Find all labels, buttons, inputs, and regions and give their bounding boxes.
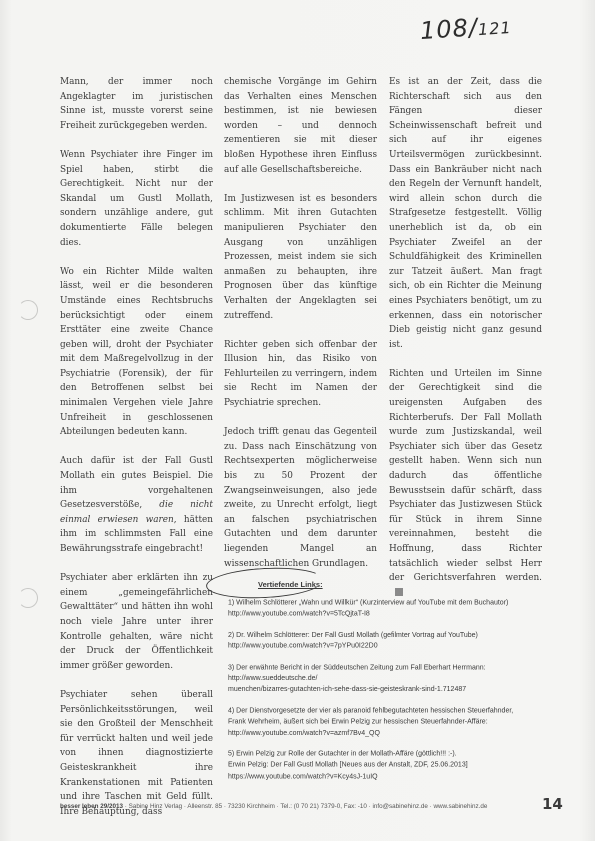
link-url-continuation[interactable]: muenchen/bizarres-gutachten-ich-sehe-das… bbox=[228, 685, 568, 696]
link-description: Frank Wehrheim, äußert sich bei Erwin Pe… bbox=[228, 717, 568, 728]
publisher-details: · Sabine Hinz Verlag · Alleenstr. 85 · 7… bbox=[123, 803, 487, 810]
link-item: 1) Wilhelm Schlötterer „Wahn und Willkür… bbox=[228, 598, 568, 620]
link-item: 4) Der Dienstvorgesetzte der vier als pa… bbox=[228, 706, 568, 740]
link-description: 5) Erwin Pelzig zur Rolle der Gutachter … bbox=[228, 749, 568, 760]
page-number: 14 bbox=[542, 795, 563, 813]
page-footer: besser leben 29/2013 · Sabine Hinz Verla… bbox=[60, 803, 560, 810]
handwritten-main: 108/ bbox=[419, 13, 479, 45]
paragraph: Richter geben sich offenbar der Illusion… bbox=[224, 338, 377, 411]
paragraph: Es ist an der Zeit, dass die Richterscha… bbox=[389, 75, 542, 352]
link-description: 2) Dr. Wilhelm Schlötterer: Der Fall Gus… bbox=[228, 630, 568, 641]
paragraph: Wenn Psychiater ihre Finger im Spiel hab… bbox=[60, 148, 213, 250]
article-column-2: chemische Vorgänge im Gehirn das Verhalt… bbox=[224, 75, 377, 586]
paragraph: Mann, der immer noch Angeklagter im juri… bbox=[60, 75, 213, 133]
link-description: 1) Wilhelm Schlötterer „Wahn und Willkür… bbox=[228, 598, 568, 609]
link-item: 3) Der erwähnte Bericht in der Süddeutsc… bbox=[228, 662, 568, 696]
links-heading: Vertiefende Links: bbox=[258, 580, 323, 589]
paragraph: Auch dafür ist der Fall Gustl Mollath ei… bbox=[60, 454, 213, 556]
article-column-3: Es ist an der Zeit, dass die Richterscha… bbox=[389, 75, 542, 615]
links-list: 1) Wilhelm Schlötterer „Wahn und Willkür… bbox=[228, 598, 568, 793]
punch-hole-mark bbox=[18, 300, 38, 320]
link-item: 5) Erwin Pelzig zur Rolle der Gutachter … bbox=[228, 749, 568, 783]
link-url[interactable]: http://www.youtube.com/watch?v=7pYPu0I22… bbox=[228, 641, 568, 652]
link-url[interactable]: https://www.youtube.com/watch?v=Kcy4sJ-1… bbox=[228, 772, 568, 783]
link-description: Erwin Pelzig: Der Fall Gustl Mollath [Ne… bbox=[228, 761, 568, 772]
paragraph: Jedoch trifft genau das Gegenteil zu. Da… bbox=[224, 425, 377, 571]
link-description: 3) Der erwähnte Bericht in der Süddeutsc… bbox=[228, 662, 568, 673]
punch-hole-mark bbox=[18, 588, 38, 608]
article-column-1: Mann, der immer noch Angeklagter im juri… bbox=[60, 75, 213, 834]
paragraph: Richten und Urteilen im Sinne der Gerech… bbox=[389, 367, 542, 601]
end-of-article-mark-icon bbox=[395, 588, 403, 596]
link-item: 2) Dr. Wilhelm Schlötterer: Der Fall Gus… bbox=[228, 630, 568, 652]
link-url[interactable]: http://www.youtube.com/watch?v=azmf7Bv4_… bbox=[228, 728, 568, 739]
link-url[interactable]: http://www.sueddeutsche.de/ bbox=[228, 674, 568, 685]
paragraph: Im Justizwesen ist es besonders schlimm.… bbox=[224, 192, 377, 323]
paragraph: Psychiater sehen überall Persönlichkeits… bbox=[60, 688, 213, 819]
handwritten-sub: 121 bbox=[477, 18, 512, 39]
magazine-issue: besser leben 29/2013 bbox=[60, 803, 123, 810]
paragraph: Psychiater aber erklärten ihn zu einem „… bbox=[60, 571, 213, 673]
paragraph-text: Richten und Urteilen im Sinne der Gerech… bbox=[389, 369, 542, 583]
link-description: 4) Der Dienstvorgesetzte der vier als pa… bbox=[228, 706, 568, 717]
paragraph: Wo ein Richter Milde walten lässt, weil … bbox=[60, 265, 213, 440]
paragraph: chemische Vorgänge im Gehirn das Verhalt… bbox=[224, 75, 377, 177]
link-url[interactable]: http://www.youtube.com/watch?v=5TcQjtaT-… bbox=[228, 609, 568, 620]
